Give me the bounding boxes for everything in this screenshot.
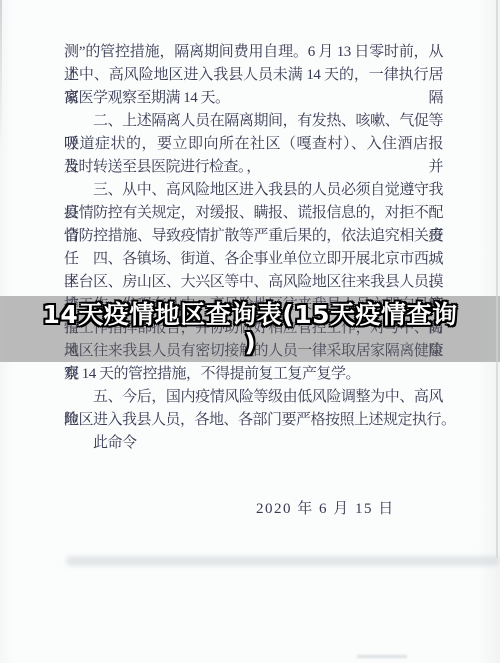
document-line: 情防控措施、导致疫情扩散等严重后果的，依法追究相关责任。 [64,225,443,248]
overlay-caption-line2: ) [0,330,500,356]
document-line: 四、各镇场、街道、各企事业单位立即开展北京市西城区、 [64,248,443,271]
document-line: 二、上述隔离人员在隔离期间，有发热、咳嗽、气促等呼 [64,110,443,133]
scan-mark [357,655,407,658]
document-line: 地区进入我县人员，各地、各部门要严格按照上述规定执行。 [64,409,443,432]
overlay-caption: 14天疫情地区查询表(15天疫情查询 ) [0,299,500,356]
document-line: 此命令 [64,432,443,455]
document-body: 测”的管控措施，隔离期间费用自理。6 月 13 日零时前，从上述中、高风险地区进… [64,41,443,455]
scanned-document-page: 测”的管控措施，隔离期间费用自理。6 月 13 日零时前，从上述中、高风险地区进… [0,0,500,663]
overlay-caption-line1: 14天疫情地区查询表(15天疫情查询 [0,299,500,330]
document-line: 疫情防控有关规定，对缓报、瞒报、谎报信息的，对拒不配合疫 [64,202,443,225]
document-line: 述中、高风险地区进入我县人员未满 14 天的，一律执行居家隔 [64,64,443,87]
document-line: 察 14 天的管控措施，不得提前复工复产复学。 [64,363,443,386]
document-line: 三、从中、高风险地区进入我县的人员必须自觉遵守我县 [64,179,443,202]
document-line: 五、今后，国内疫情风险等级由低风险调整为中、高风险 [64,386,443,409]
document-line: 测”的管控措施，隔离期间费用自理。6 月 13 日零时前，从上 [64,41,443,64]
document-line: 丰台区、房山区、大兴区等中、高风险地区往来我县人员摸排管 [64,271,443,294]
document-line: 吸道症状的，要立即向所在社区（嘎查村）、入住酒店报告，并 [64,133,443,156]
paper-edge-left [0,0,2,150]
paper-edge-right [496,0,498,558]
scan-smudge [66,556,500,566]
document-date: 2020 年 6 月 15 日 [256,497,395,518]
